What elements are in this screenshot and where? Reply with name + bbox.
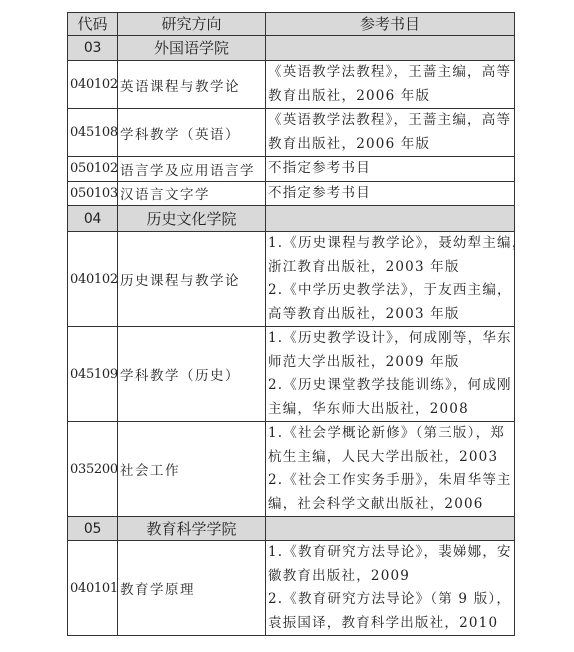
group-code: 05 <box>68 517 118 541</box>
book-line: 2.《社会工作实务手册》，朱眉华等主 <box>268 469 512 493</box>
book-line: 1.《教育研究方法导论》，裴娣娜，安 <box>268 541 512 565</box>
row-books: 不指定参考书目 <box>266 181 515 206</box>
book-line: 《英语教学法教程》，王蔷主编，高等 <box>268 109 512 133</box>
row-code: 035200 <box>68 422 118 517</box>
book-line: 高等教育出版社，2003 年版 <box>268 303 512 327</box>
table-row: 040102 历史课程与教学论 1.《历史课程与教学论》，聂幼犁主编， 浙江教育… <box>68 232 515 327</box>
table-row: 040102 英语课程与教学论 《英语教学法教程》，王蔷主编，高等 教育出版社，… <box>68 61 515 109</box>
group-code: 04 <box>68 206 118 232</box>
row-code: 040102 <box>68 61 118 109</box>
book-line: 编，社会科学文献出版社，2006 <box>268 493 512 517</box>
row-direction: 历史课程与教学论 <box>118 232 266 327</box>
table-row: 035200 社会工作 1.《社会学概论新修》（第三版），郑 杭生主编，人民大学… <box>68 422 515 517</box>
book-line: 不指定参考书目 <box>268 182 512 206</box>
book-line: 《英语教学法教程》，王蔷主编，高等 <box>268 61 512 85</box>
book-line: 主编，华东师大出版社，2008 <box>268 398 512 422</box>
row-direction: 语言学及应用语言学 <box>118 157 266 182</box>
table-header-row: 代码 研究方向 参考书目 <box>68 13 515 36</box>
book-line: 1.《社会学概论新修》（第三版），郑 <box>268 422 512 446</box>
reference-books-table: 代码 研究方向 参考书目 03 外国语学院 040102 英语课程与教学论 《英… <box>67 12 515 636</box>
row-direction: 学科教学（英语） <box>118 109 266 157</box>
row-direction: 汉语言文字学 <box>118 181 266 206</box>
row-direction: 社会工作 <box>118 422 266 517</box>
book-line: 杭生主编，人民大学出版社，2003 <box>268 446 512 470</box>
group-row-foreign-languages: 03 外国语学院 <box>68 36 515 61</box>
book-line: 袁振国译，教育科学出版社，2010 <box>268 612 512 636</box>
row-direction: 学科教学（历史） <box>118 327 266 422</box>
book-line: 2.《历史课堂教学技能训练》，何成刚 <box>268 374 512 398</box>
table-row: 040101 教育学原理 1.《教育研究方法导论》，裴娣娜，安 徽教育出版社，2… <box>68 541 515 636</box>
group-row-history-culture: 04 历史文化学院 <box>68 206 515 232</box>
row-code: 045109 <box>68 327 118 422</box>
table-row: 050102 语言学及应用语言学 不指定参考书目 <box>68 157 515 182</box>
group-name: 历史文化学院 <box>118 206 266 232</box>
row-books: 1.《历史教学设计》，何成刚等，华东 师范大学出版社，2009 年版 2.《历史… <box>266 327 515 422</box>
group-code: 03 <box>68 36 118 61</box>
group-books-empty <box>266 517 515 541</box>
book-line: 2.《教育研究方法导论》（第 9 版）， <box>268 588 512 612</box>
row-books: 不指定参考书目 <box>266 157 515 182</box>
book-line: 教育出版社，2006 年版 <box>268 85 512 109</box>
group-name: 教育科学学院 <box>118 517 266 541</box>
row-code: 045108 <box>68 109 118 157</box>
book-line: 1.《历史课程与教学论》，聂幼犁主编， <box>268 232 512 256</box>
row-direction: 教育学原理 <box>118 541 266 636</box>
header-books: 参考书目 <box>266 13 515 36</box>
group-books-empty <box>266 206 515 232</box>
book-line: 不指定参考书目 <box>268 157 512 181</box>
book-line: 教育出版社，2006 年版 <box>268 133 512 157</box>
header-direction: 研究方向 <box>118 13 266 36</box>
book-line: 1.《历史教学设计》，何成刚等，华东 <box>268 327 512 351</box>
row-code: 040101 <box>68 541 118 636</box>
group-name: 外国语学院 <box>118 36 266 61</box>
book-line: 师范大学出版社，2009 年版 <box>268 351 512 375</box>
book-line: 徽教育出版社，2009 <box>268 565 512 589</box>
row-books: 《英语教学法教程》，王蔷主编，高等 教育出版社，2006 年版 <box>266 109 515 157</box>
row-direction: 英语课程与教学论 <box>118 61 266 109</box>
table-row: 050103 汉语言文字学 不指定参考书目 <box>68 181 515 206</box>
row-code: 050103 <box>68 181 118 206</box>
book-line: 浙江教育出版社，2003 年版 <box>268 256 512 280</box>
row-books: 1.《社会学概论新修》（第三版），郑 杭生主编，人民大学出版社，2003 2.《… <box>266 422 515 517</box>
row-books: 1.《历史课程与教学论》，聂幼犁主编， 浙江教育出版社，2003 年版 2.《中… <box>266 232 515 327</box>
table-row: 045109 学科教学（历史） 1.《历史教学设计》，何成刚等，华东 师范大学出… <box>68 327 515 422</box>
group-books-empty <box>266 36 515 61</box>
row-books: 1.《教育研究方法导论》，裴娣娜，安 徽教育出版社，2009 2.《教育研究方法… <box>266 541 515 636</box>
row-books: 《英语教学法教程》，王蔷主编，高等 教育出版社，2006 年版 <box>266 61 515 109</box>
book-line: 2.《中学历史教学法》，于友西主编， <box>268 279 512 303</box>
row-code: 040102 <box>68 232 118 327</box>
header-code: 代码 <box>68 13 118 36</box>
group-row-education-science: 05 教育科学学院 <box>68 517 515 541</box>
row-code: 050102 <box>68 157 118 182</box>
table-row: 045108 学科教学（英语） 《英语教学法教程》，王蔷主编，高等 教育出版社，… <box>68 109 515 157</box>
